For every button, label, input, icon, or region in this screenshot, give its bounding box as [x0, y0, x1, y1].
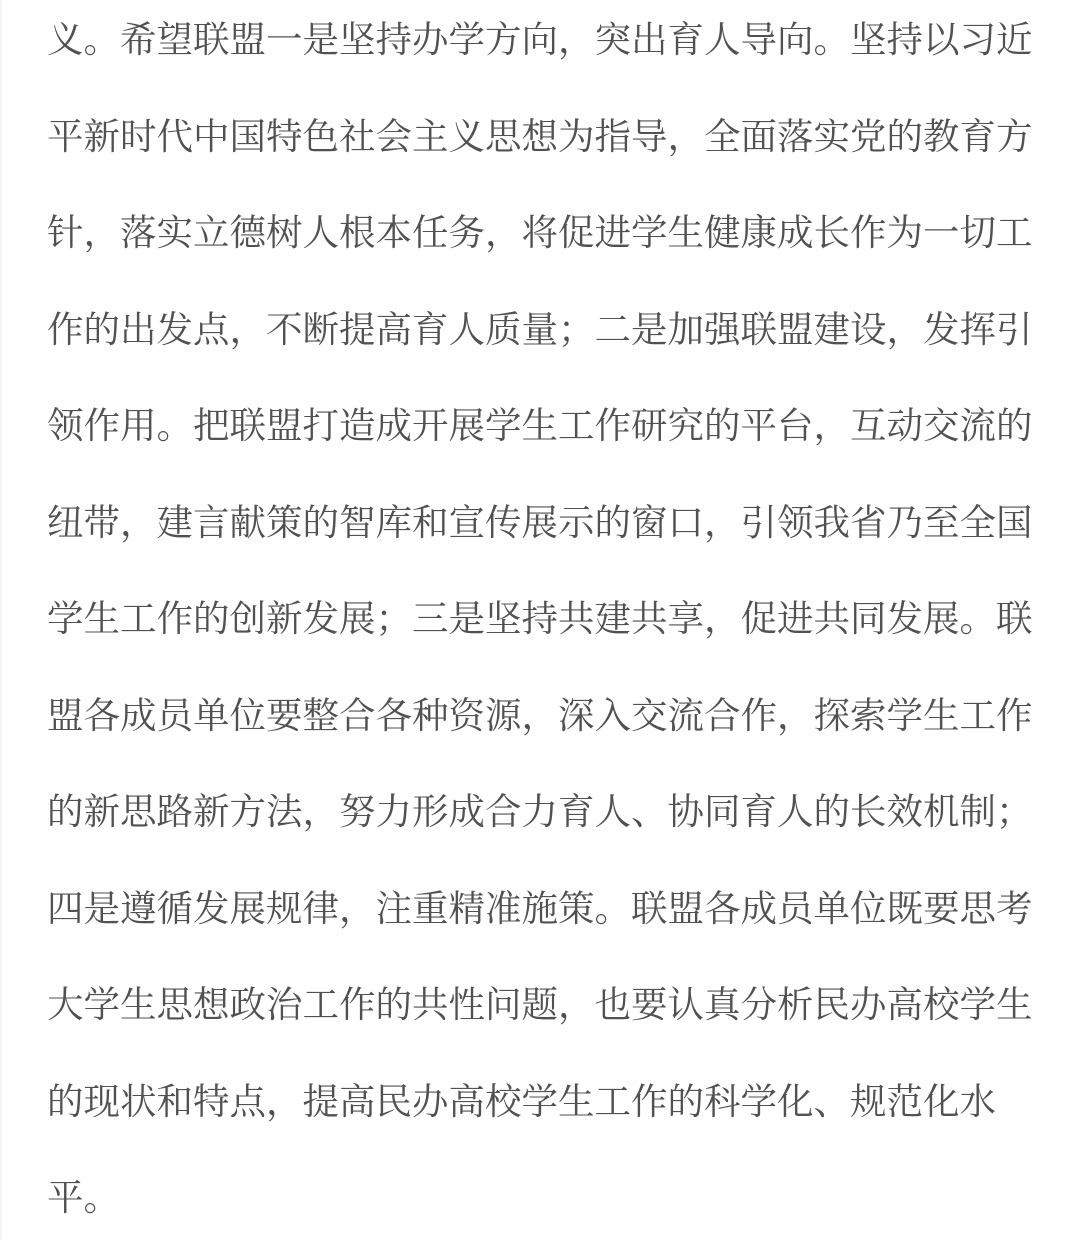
page-edge-line: [0, 0, 2, 1240]
text-line: 的新思路新方法，努力形成合力育人、协同育人的长效机制；: [47, 764, 1037, 861]
text-line: 作的出发点，不断提高育人质量；二是加强联盟建设，发挥引: [47, 282, 1037, 379]
article-paragraph: 义。希望联盟一是坚持办学方向，突出育人导向。坚持以习近平新时代中国特色社会主义思…: [47, 0, 1037, 1240]
text-line: 平。: [47, 1150, 1037, 1240]
text-line: 的现状和特点，提高民办高校学生工作的科学化、规范化水: [47, 1054, 1037, 1151]
text-line: 四是遵循发展规律，注重精准施策。联盟各成员单位既要思考: [47, 861, 1037, 958]
text-line: 学生工作的创新发展；三是坚持共建共享，促进共同发展。联: [47, 571, 1037, 668]
article-page: 义。希望联盟一是坚持办学方向，突出育人导向。坚持以习近平新时代中国特色社会主义思…: [0, 0, 1080, 1240]
text-line: 盟各成员单位要整合各种资源，深入交流合作，探索学生工作: [47, 668, 1037, 765]
text-line: 纽带，建言献策的智库和宣传展示的窗口，引领我省乃至全国: [47, 475, 1037, 572]
text-line: 大学生思想政治工作的共性问题，也要认真分析民办高校学生: [47, 957, 1037, 1054]
text-line: 平新时代中国特色社会主义思想为指导，全面落实党的教育方: [47, 89, 1037, 186]
text-line: 针，落实立德树人根本任务，将促进学生健康成长作为一切工: [47, 185, 1037, 282]
text-line: 义。希望联盟一是坚持办学方向，突出育人导向。坚持以习近: [47, 0, 1037, 89]
text-line: 领作用。把联盟打造成开展学生工作研究的平台，互动交流的: [47, 378, 1037, 475]
